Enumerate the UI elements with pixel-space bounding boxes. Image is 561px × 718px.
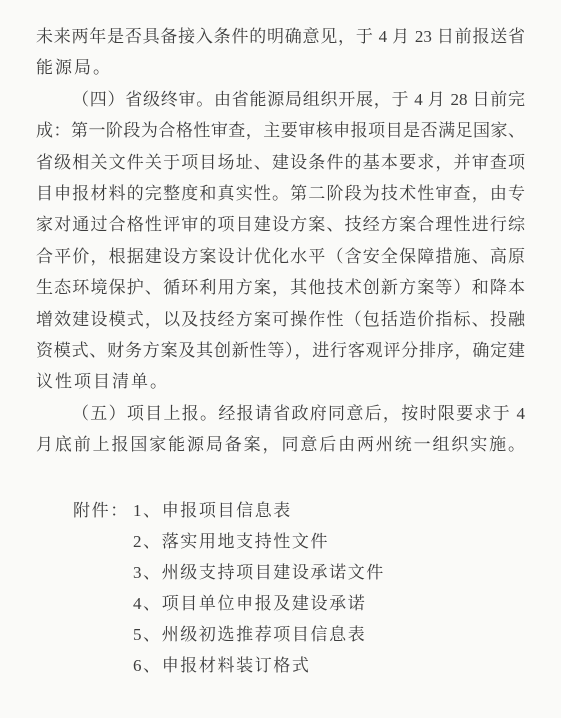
body-line: 合平价，根据建设方案设计优化水平（含安全保障措施、高原	[36, 241, 525, 272]
body-line-section-heading: （四）省级终审。由省能源局组织开展，于 4 月 28 日前完	[36, 84, 525, 115]
attachment-item: 5、州级初选推荐项目信息表	[73, 619, 385, 650]
body-line: 成：第一阶段为合格性审查，主要审核申报项目是否满足国家、	[36, 115, 525, 146]
attachment-item-text: 1、申报项目信息表	[133, 501, 292, 520]
body-line: 目申报材料的完整度和真实性。第二阶段为技术性审查，由专	[36, 178, 525, 209]
attachment-item: 附件：1、申报项目信息表	[73, 495, 385, 526]
body-line: 增效建设模式，以及技经方案可操作性（包括造价指标、投融	[36, 304, 525, 335]
attachment-item: 4、项目单位申报及建设承诺	[73, 588, 385, 619]
body-line: 生态环境保护、循环利用方案，其他技术创新方案等）和降本	[36, 272, 525, 303]
body-line: 未来两年是否具备接入条件的明确意见，于 4 月 23 日前报送省	[36, 21, 525, 52]
body-line-section-heading: （五）项目上报。经报请省政府同意后，按时限要求于 4	[36, 398, 525, 429]
attachments-list: 附件：1、申报项目信息表 2、落实用地支持性文件 3、州级支持项目建设承诺文件 …	[73, 495, 385, 681]
attachments-label: 附件：	[73, 495, 133, 526]
body-line: 资模式、财务方案及其创新性等），进行客观评分排序，确定建	[36, 335, 525, 366]
body-line: 家对通过合格性评审的项目建设方案、技经方案合理性进行综	[36, 209, 525, 240]
scanned-document-page: 未来两年是否具备接入条件的明确意见，于 4 月 23 日前报送省 能源局。 （四…	[0, 0, 561, 718]
document-body: 未来两年是否具备接入条件的明确意见，于 4 月 23 日前报送省 能源局。 （四…	[36, 21, 525, 460]
attachment-item: 6、申报材料装订格式	[73, 650, 385, 681]
attachment-item: 3、州级支持项目建设承诺文件	[73, 557, 385, 588]
body-line: 省级相关文件关于项目场址、建设条件的基本要求，并审查项	[36, 147, 525, 178]
body-line: 月底前上报国家能源局备案，同意后由两州统一组织实施。	[36, 429, 525, 460]
body-line: 能源局。	[36, 52, 525, 83]
attachment-item: 2、落实用地支持性文件	[73, 526, 385, 557]
body-line: 议性项目清单。	[36, 366, 525, 397]
